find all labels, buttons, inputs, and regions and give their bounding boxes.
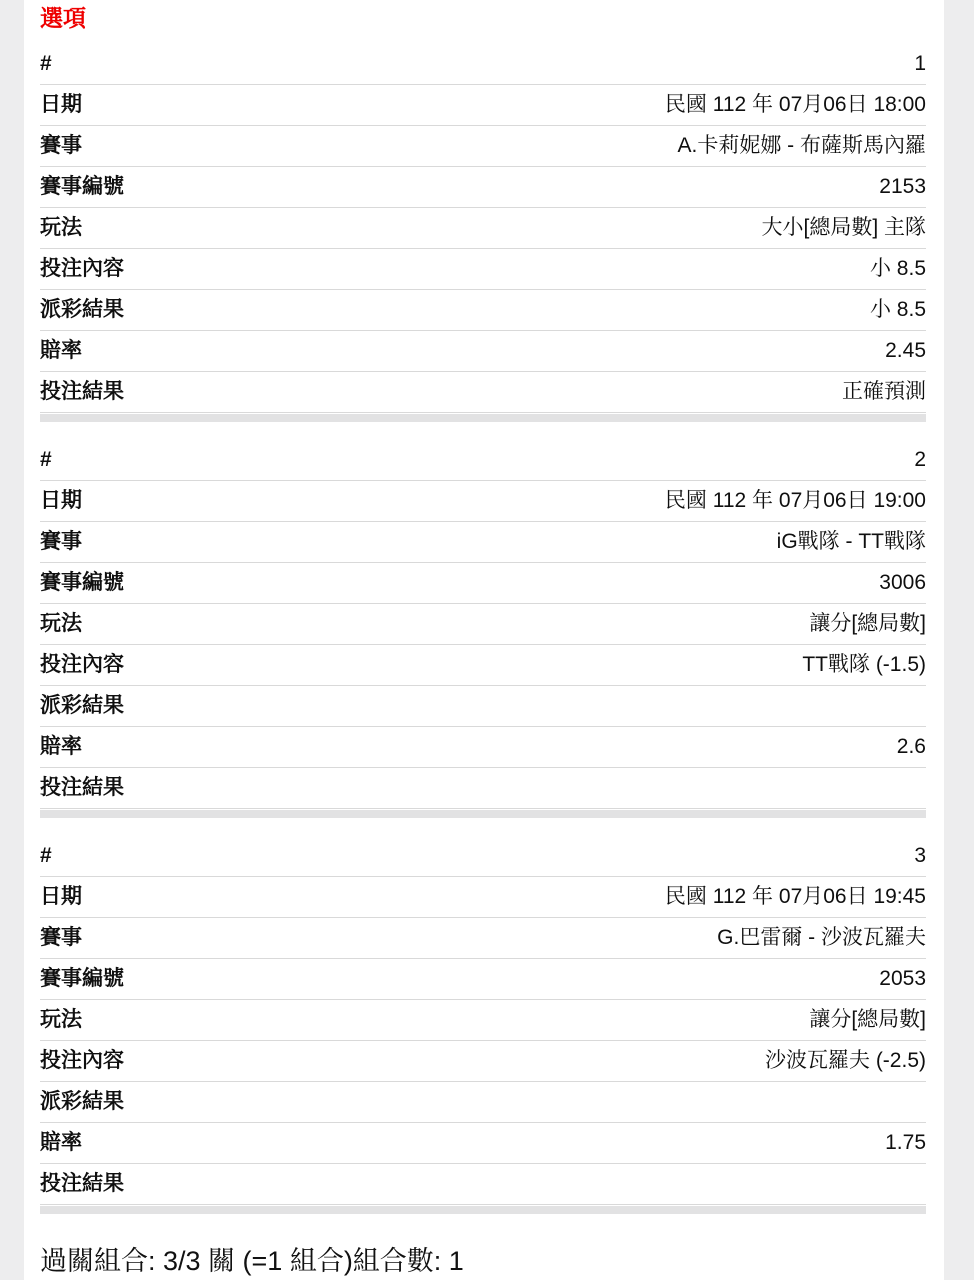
field-label: 玩法 <box>40 604 82 644</box>
field-label: 日期 <box>40 481 82 521</box>
selection-block-2: # 2 日期 民國 112 年 07月06日 19:00 賽事 iG戰隊 - T… <box>40 440 926 818</box>
field-label: 派彩結果 <box>40 290 124 330</box>
field-label: 投注內容 <box>40 249 124 289</box>
field-label: 派彩結果 <box>40 686 124 726</box>
block-divider <box>40 414 926 422</box>
field-row-odds: 賠率 1.75 <box>40 1123 926 1164</box>
field-label: 賽事編號 <box>40 959 124 999</box>
page-title: 選項 <box>40 0 926 41</box>
field-value: 小 8.5 <box>870 290 926 330</box>
field-value: A.卡莉妮娜 - 布薩斯馬內羅 <box>677 126 926 166</box>
field-label: 投注內容 <box>40 645 124 685</box>
field-label: 賽事編號 <box>40 563 124 603</box>
field-label: 日期 <box>40 85 82 125</box>
field-label: 投注結果 <box>40 372 124 412</box>
field-value: 民國 112 年 07月06日 18:00 <box>665 85 926 125</box>
field-row-event-no: 賽事編號 2153 <box>40 167 926 208</box>
field-value: 2153 <box>879 167 926 207</box>
field-row-payout-result: 派彩結果 <box>40 1082 926 1123</box>
field-label: 賠率 <box>40 331 82 371</box>
parlay-summary-line: 過關組合: 3/3 關 (=1 組合)組合數: 1 <box>40 1245 926 1277</box>
field-label: 日期 <box>40 877 82 917</box>
field-row-event: 賽事 A.卡莉妮娜 - 布薩斯馬內羅 <box>40 126 926 167</box>
field-row-play-type: 玩法 讓分[總局數] <box>40 1000 926 1041</box>
field-row-payout-result: 派彩結果 小 8.5 <box>40 290 926 331</box>
field-value: iG戰隊 - TT戰隊 <box>777 522 926 562</box>
field-row-bet-result: 投注結果 <box>40 1164 926 1205</box>
field-value: 大小[總局數] 主隊 <box>761 208 926 248</box>
field-label: 賽事 <box>40 126 82 166</box>
field-row-play-type: 玩法 大小[總局數] 主隊 <box>40 208 926 249</box>
field-label: # <box>40 836 52 876</box>
field-value: 正確預測 <box>842 372 926 412</box>
field-label: 賠率 <box>40 727 82 767</box>
field-value: 2 <box>914 440 926 480</box>
field-label: 派彩結果 <box>40 1082 124 1122</box>
field-label: 賽事編號 <box>40 167 124 207</box>
field-row-bet-content: 投注內容 小 8.5 <box>40 249 926 290</box>
field-label: 玩法 <box>40 208 82 248</box>
selection-block-1: # 1 日期 民國 112 年 07月06日 18:00 賽事 A.卡莉妮娜 -… <box>40 44 926 422</box>
field-row-date: 日期 民國 112 年 07月06日 19:00 <box>40 481 926 522</box>
field-row-date: 日期 民國 112 年 07月06日 19:45 <box>40 877 926 918</box>
field-row-number: # 1 <box>40 44 926 85</box>
field-label: # <box>40 440 52 480</box>
field-label: # <box>40 44 52 84</box>
field-row-play-type: 玩法 讓分[總局數] <box>40 604 926 645</box>
field-value: 1.75 <box>885 1123 926 1163</box>
field-value: 3006 <box>879 563 926 603</box>
block-divider <box>40 1206 926 1214</box>
right-margin-strip <box>944 0 974 1280</box>
field-value: 小 8.5 <box>870 249 926 289</box>
field-row-number: # 3 <box>40 836 926 877</box>
field-value: 2.45 <box>885 331 926 371</box>
field-row-bet-content: 投注內容 沙波瓦羅夫 (-2.5) <box>40 1041 926 1082</box>
field-label: 投注結果 <box>40 768 124 808</box>
field-row-bet-content: 投注內容 TT戰隊 (-1.5) <box>40 645 926 686</box>
block-divider <box>40 810 926 818</box>
field-row-event: 賽事 iG戰隊 - TT戰隊 <box>40 522 926 563</box>
field-value: 2.6 <box>897 727 926 767</box>
field-label: 賠率 <box>40 1123 82 1163</box>
field-label: 賽事 <box>40 918 82 958</box>
field-value: 2053 <box>879 959 926 999</box>
field-row-bet-result: 投注結果 正確預測 <box>40 372 926 413</box>
field-row-bet-result: 投注結果 <box>40 768 926 809</box>
field-value: 沙波瓦羅夫 (-2.5) <box>765 1041 926 1081</box>
field-value: G.巴雷爾 - 沙波瓦羅夫 <box>717 918 926 958</box>
field-value: 1 <box>914 44 926 84</box>
field-row-date: 日期 民國 112 年 07月06日 18:00 <box>40 85 926 126</box>
field-value: 3 <box>914 836 926 876</box>
selection-block-3: # 3 日期 民國 112 年 07月06日 19:45 賽事 G.巴雷爾 - … <box>40 836 926 1214</box>
field-label: 玩法 <box>40 1000 82 1040</box>
field-label: 投注內容 <box>40 1041 124 1081</box>
field-row-event-no: 賽事編號 3006 <box>40 563 926 604</box>
field-row-event-no: 賽事編號 2053 <box>40 959 926 1000</box>
field-row-number: # 2 <box>40 440 926 481</box>
field-row-event: 賽事 G.巴雷爾 - 沙波瓦羅夫 <box>40 918 926 959</box>
field-row-payout-result: 派彩結果 <box>40 686 926 727</box>
field-value: 讓分[總局數] <box>809 604 926 644</box>
field-value: 民國 112 年 07月06日 19:00 <box>665 481 926 521</box>
bet-detail-panel: 選項 # 1 日期 民國 112 年 07月06日 18:00 賽事 A.卡莉妮… <box>24 0 944 1280</box>
field-label: 賽事 <box>40 522 82 562</box>
field-value: TT戰隊 (-1.5) <box>802 645 926 685</box>
left-margin-strip <box>0 0 24 1280</box>
field-value: 民國 112 年 07月06日 19:45 <box>665 877 926 917</box>
field-label: 投注結果 <box>40 1164 124 1204</box>
field-value: 讓分[總局數] <box>809 1000 926 1040</box>
field-row-odds: 賠率 2.45 <box>40 331 926 372</box>
field-row-odds: 賠率 2.6 <box>40 727 926 768</box>
